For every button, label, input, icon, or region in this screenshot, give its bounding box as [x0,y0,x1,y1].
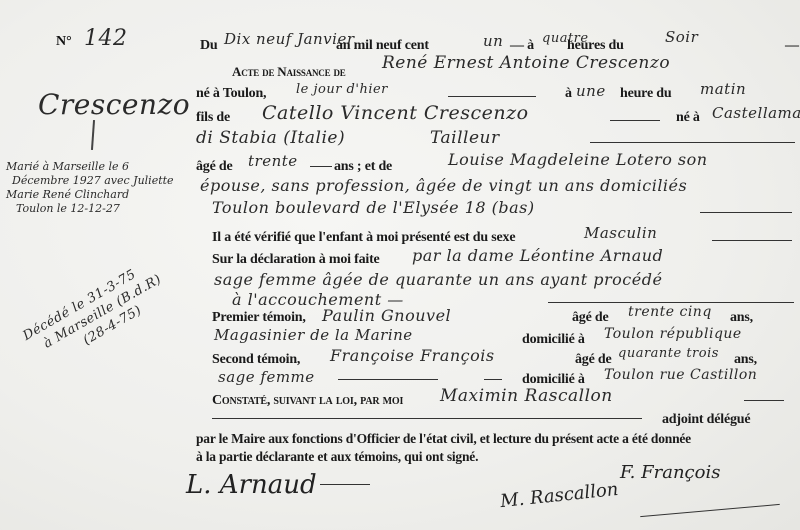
sex-verification-label: Il a été vérifié que l'enfant à moi prés… [212,230,515,246]
child-name: René Ernest Antoine Crescenzo [382,53,670,73]
witness1-domicile-label: domicilié à [522,332,585,348]
margin-note-death: Décédé le 31-3-75 à Marseille (B.d.R) (2… [20,256,173,374]
filler-line [700,212,792,213]
birth-period: matin [700,80,746,98]
birth-date: le jour d'hier [296,82,388,97]
witness2-domicile: Toulon rue Castillon [604,367,757,383]
witness2-occupation: sage femme [218,368,315,386]
margin-flourish [91,120,95,150]
witness1-occupation: Magasinier de la Marine [214,326,413,344]
constate-label: Constaté, suivant la loi, par moi [212,393,403,409]
year-value: un [483,32,503,50]
witness2-age-label: âgé de [575,352,612,368]
witness2-ans: ans, [734,352,757,368]
civil-register-page: N° 142 Crescenzo Du Dix neuf Janvier an … [0,0,800,530]
period-value: Soir [665,28,698,46]
father-name: Catello Vincent Crescenzo [262,102,529,124]
father-birthplace: Castellamare [712,104,800,122]
end-dash: — [785,38,799,54]
filler-line [448,96,536,97]
heures-du-label: heures du [567,38,624,54]
father-occupation: Tailleur [430,128,500,148]
marriage-line: Décembre 1927 avec Juliette [6,174,174,188]
year-prefix: an mil neuf cent [336,38,429,54]
a-label-2: à [565,86,572,102]
child-sex: Masculin [584,224,657,242]
filler-line [610,120,660,121]
father-birthplace-cont: di Stabia (Italie) [196,128,345,148]
day-month: Dix neuf Janvier [224,30,355,48]
witness1-age: trente cinq [628,304,712,320]
declarant: par la dame Léontine Arnaud [412,246,663,265]
father-age: trente [248,152,298,170]
signature-officer: M. Rascallon [499,479,619,512]
filler-line [484,379,502,380]
witness1-ans: ans, [730,310,753,326]
marriage-line: Toulon le 12-12-27 [6,202,174,216]
margin-surname: Crescenzo [38,88,190,121]
parents-address: Toulon boulevard de l'Elysée 18 (bas) [212,198,535,217]
signature-underline [320,484,370,485]
record-number: 142 [84,26,128,51]
birth-hour: une [576,82,606,100]
witness2-age: quarante trois [618,346,719,361]
filler-line [712,240,792,241]
signature-declarant: L. Arnaud [186,470,317,500]
fils-de-label: fils de [196,110,230,126]
ne-a-label: né à [676,110,700,126]
filler-line [744,400,784,401]
age-label: âgé de [196,159,233,175]
mother-details: épouse, sans profession, âgée de vingt u… [200,176,687,195]
filler-line [310,166,332,167]
officer-role: adjoint délégué [662,412,750,428]
mother-name: Louise Magdeleine Lotero son [448,150,708,169]
closing-line-2: à la partie déclarante et aux témoins, q… [196,449,478,465]
signature-flourish [640,504,780,517]
margin-note-marriage: Marié à Marseille le 6 Décembre 1927 ave… [6,160,174,216]
filler-line [212,418,642,419]
acte-label: Acte de Naissance de [232,64,346,80]
marriage-line: Marié à Marseille le 6 [6,160,174,174]
ans-et-de-label: ans ; et de [334,159,392,175]
declarant-details: sage femme âgée de quarante un ans ayant… [214,270,662,289]
filler-line [590,142,795,143]
witness1-age-label: âgé de [572,310,609,326]
witness2-name: Françoise François [330,346,495,365]
declaration-label: Sur la déclaration à moi faite [212,252,380,268]
a-label: — à [510,38,534,54]
signature-witness: F. François [620,462,720,483]
witness1-name: Paulin Gnouvel [322,306,451,325]
filler-line [338,379,438,380]
witness2-label: Second témoin, [212,352,300,368]
ne-a-toulon-label: né à Toulon, [196,86,266,102]
officer-name: Maximin Rascallon [440,386,613,406]
marriage-line: Marie René Clinchard [6,188,174,202]
du-label: Du [200,38,218,54]
closing-line-1: par le Maire aux fonctions d'Officier de… [196,431,691,447]
witness1-domicile: Toulon république [604,326,742,342]
filler-line [548,302,794,303]
heure-du-label: heure du [620,86,671,102]
witness1-label: Premier témoin, [212,310,306,326]
record-number-label: N° [56,34,72,50]
